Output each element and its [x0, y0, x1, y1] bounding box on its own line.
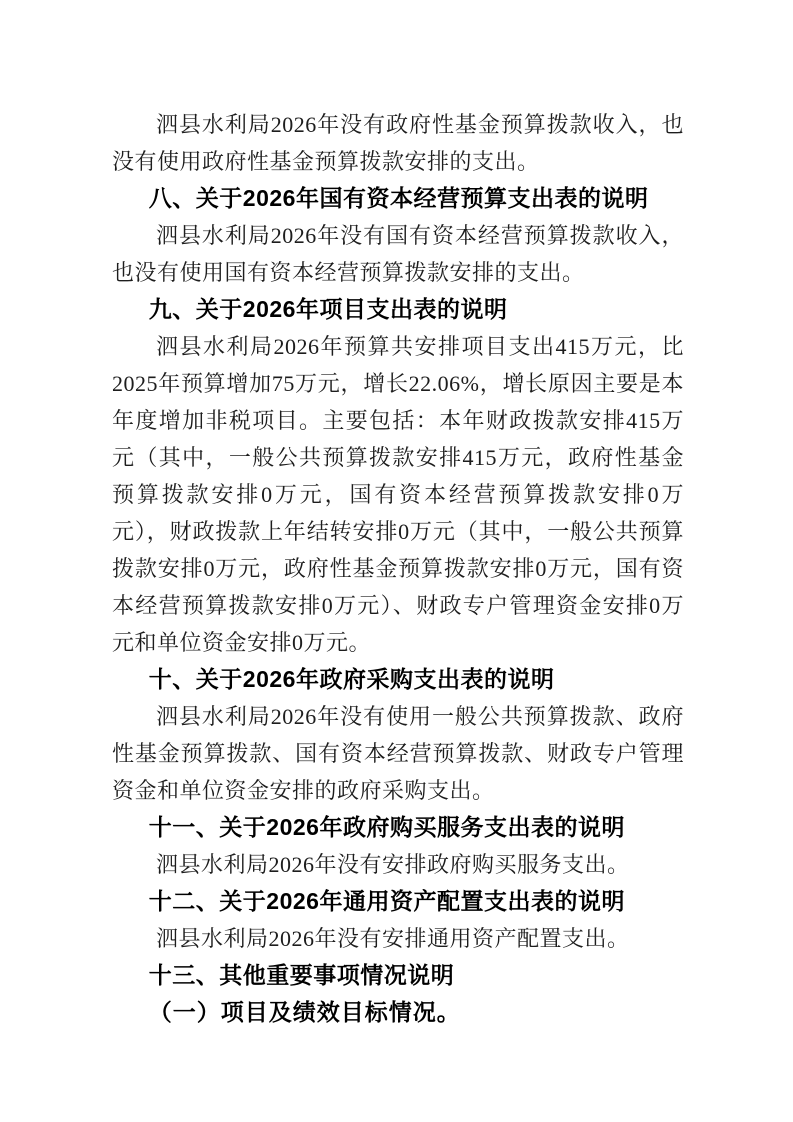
section-heading: 十二、关于2026年通用资产配置支出表的说明 [112, 883, 684, 920]
body-paragraph: 泗县水利局2026年没有国有资本经营预算拨款收入，也没有使用国有资本经营预算拨款… [112, 217, 684, 291]
body-paragraph: 泗县水利局2026年没有安排政府购买服务支出。 [112, 846, 684, 883]
body-paragraph: 泗县水利局2026年没有使用一般公共预算拨款、政府性基金预算拨款、国有资本经营预… [112, 698, 684, 809]
body-paragraph: 泗县水利局2026年没有政府性基金预算拨款收入，也没有使用政府性基金预算拨款安排… [112, 106, 684, 180]
body-paragraph: 泗县水利局2026年没有安排通用资产配置支出。 [112, 920, 684, 957]
section-heading: 十三、其他重要事项情况说明 [112, 957, 684, 994]
document-page: 泗县水利局2026年没有政府性基金预算拨款收入，也没有使用政府性基金预算拨款安排… [0, 0, 793, 1122]
section-heading: 九、关于2026年项目支出表的说明 [112, 291, 684, 328]
subsection-heading: （一）项目及绩效目标情况。 [112, 994, 684, 1031]
body-paragraph: 泗县水利局2026年预算共安排项目支出415万元，比2025年预算增加75万元，… [112, 328, 684, 661]
section-heading: 八、关于2026年国有资本经营预算支出表的说明 [112, 180, 684, 217]
section-heading: 十一、关于2026年政府购买服务支出表的说明 [112, 809, 684, 846]
section-heading: 十、关于2026年政府采购支出表的说明 [112, 661, 684, 698]
document-body: 泗县水利局2026年没有政府性基金预算拨款收入，也没有使用政府性基金预算拨款安排… [112, 106, 684, 1031]
